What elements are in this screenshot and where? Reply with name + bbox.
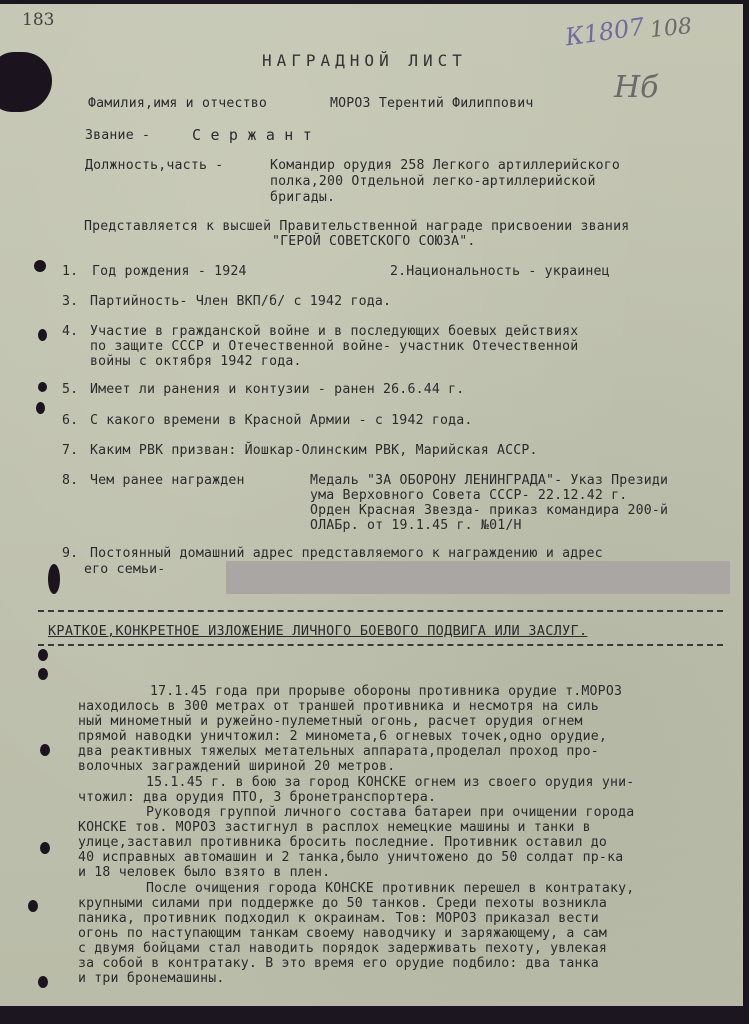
item-award-line: ОЛАБр. от 19.1.45 г. №01/Н <box>310 518 522 533</box>
divider <box>38 644 723 646</box>
narrative-line: КОНСКЕ тов. МОРОЗ застигнул в расплох не… <box>78 820 591 835</box>
narrative-line: ный минометный и ружейно-пулеметный огон… <box>78 714 583 729</box>
narrative-line: 15.1.45 г. в бою за город КОНСКЕ огнем и… <box>146 775 634 790</box>
punch-hole <box>38 649 48 661</box>
name-label: Фамилия,имя и отчество <box>88 96 267 111</box>
narrative-line: 40 исправных автомашин и 2 танка,было ун… <box>78 850 623 865</box>
handwritten-archive-code: К1807 <box>563 13 646 52</box>
position-line: Командир орудия 258 Легкого артиллерийск… <box>270 158 620 173</box>
narrative-line: волочных заграждений шириной 20 метров. <box>78 759 395 774</box>
item-birth-year: Год рождения - 1924 <box>92 264 247 279</box>
narrative-line: После очищения города КОНСКЕ противник п… <box>146 881 634 896</box>
nomination-award: "ГЕРОЙ СОВЕТСКОГО СОЮЗА". <box>272 234 476 249</box>
narrative-line: находилось в 300 метрах от траншей проти… <box>78 699 599 714</box>
narrative-line: Руководя группой личного состава батареи… <box>146 805 634 820</box>
narrative-line: крупными силами при поддержке до 50 танк… <box>78 896 607 911</box>
punch-hole <box>38 976 48 988</box>
narrative-line: за собой в контратаку. В это время его о… <box>78 956 599 971</box>
document-title: НАГРАДНОЙ ЛИСТ <box>262 51 467 70</box>
punch-hole <box>38 382 47 392</box>
position-line: полка,200 Отдельной легко-артиллерийской <box>270 174 596 189</box>
section-heading: КРАТКОЕ,КОНКРЕТНОЕ ИЗЛОЖЕНИЕ ЛИЧНОГО БОЕ… <box>48 623 587 639</box>
redacted-address <box>226 561 730 594</box>
divider <box>38 610 723 612</box>
rank-value: С е р ж а н т <box>192 126 312 144</box>
item-war-participation: по защите СССР и Отечественной войне- уч… <box>90 339 578 354</box>
item-num: 1. <box>62 264 78 279</box>
item-num: 6. <box>62 413 78 428</box>
rank-label: Звание - <box>85 128 150 143</box>
item-num: 9. <box>62 546 78 561</box>
item-draft-office: Каким РВК призван: Йошкар-Олинским РВК, … <box>90 443 538 458</box>
item-nationality: 2.Национальность - украинец <box>390 264 610 279</box>
item-num: 3. <box>62 294 78 309</box>
punch-hole <box>38 329 47 341</box>
handwritten-mark: Нб <box>614 70 658 105</box>
handwritten-number: 108 <box>649 14 693 43</box>
narrative-line: 17.1.45 года при прорыве обороны противн… <box>150 684 622 699</box>
award-sheet-page: 183 К1807 108 Нб НАГРАДНОЙ ЛИСТ Фамилия,… <box>0 4 744 1009</box>
narrative-line: и 18 человек было взято в плен. <box>78 865 330 880</box>
item-num: 4. <box>62 324 78 339</box>
item-awards-label: Чем ранее награжден <box>90 473 245 488</box>
item-num: 5. <box>62 382 78 397</box>
nomination-line: Представляется к высшей Правительственно… <box>84 219 629 234</box>
item-address: Постоянный домашний адрес представляемог… <box>90 546 603 561</box>
narrative-line: улице,заставил противника бросить послед… <box>78 835 607 850</box>
narrative-line: с двумя бойцами стал наводить порядок за… <box>78 941 607 956</box>
item-army-since: С какого времени в Красной Армии - с 194… <box>90 413 473 428</box>
punch-hole <box>40 744 50 756</box>
item-award-line: Орден Красная Звезда- приказ командира 2… <box>310 503 668 518</box>
punch-hole <box>48 564 60 594</box>
punch-hole <box>36 402 45 414</box>
ink-blot <box>0 52 52 112</box>
scan-border <box>743 0 749 1024</box>
item-address: его семьи- <box>84 562 165 577</box>
page-number: 183 <box>22 10 54 30</box>
item-party: Партийность- Член ВКП/б/ с 1942 года. <box>90 294 391 309</box>
item-war-participation: войны с октября 1942 года. <box>90 354 302 369</box>
name-value: МОРОЗ Терентий Филиппович <box>330 96 534 111</box>
punch-hole <box>38 668 48 680</box>
narrative-line: и три бронемашины. <box>78 971 225 986</box>
item-award-line: ума Верховного Совета СССР- 22.12.42 г. <box>310 488 627 503</box>
item-num: 8. <box>62 473 78 488</box>
punch-hole <box>28 900 38 912</box>
position-line: бригады. <box>270 190 335 205</box>
item-num: 7. <box>62 443 78 458</box>
narrative-line: огонь по наступающим танкам своему навод… <box>78 926 607 941</box>
punch-hole <box>34 260 46 272</box>
scan-border <box>0 1006 749 1024</box>
item-wounds: Имеет ли ранения и контузии - ранен 26.6… <box>90 382 464 397</box>
punch-hole <box>40 842 50 854</box>
narrative-line: два реактивных тяжелых метательных аппар… <box>78 744 599 759</box>
narrative-line: прямой наводки уничтожил: 2 миномета,6 о… <box>78 729 607 744</box>
narrative-line: чтожил: два орудия ПТО, 3 бронетранспорт… <box>78 790 436 805</box>
item-war-participation: Участие в гражданской войне и в последую… <box>90 324 578 339</box>
position-label: Должность,часть - <box>85 158 223 173</box>
item-award-line: Медаль "ЗА ОБОРОНУ ЛЕНИНГРАДА"- Указ Пре… <box>310 473 668 488</box>
narrative-line: паника, противник подходил к окраинам. Т… <box>78 911 599 926</box>
